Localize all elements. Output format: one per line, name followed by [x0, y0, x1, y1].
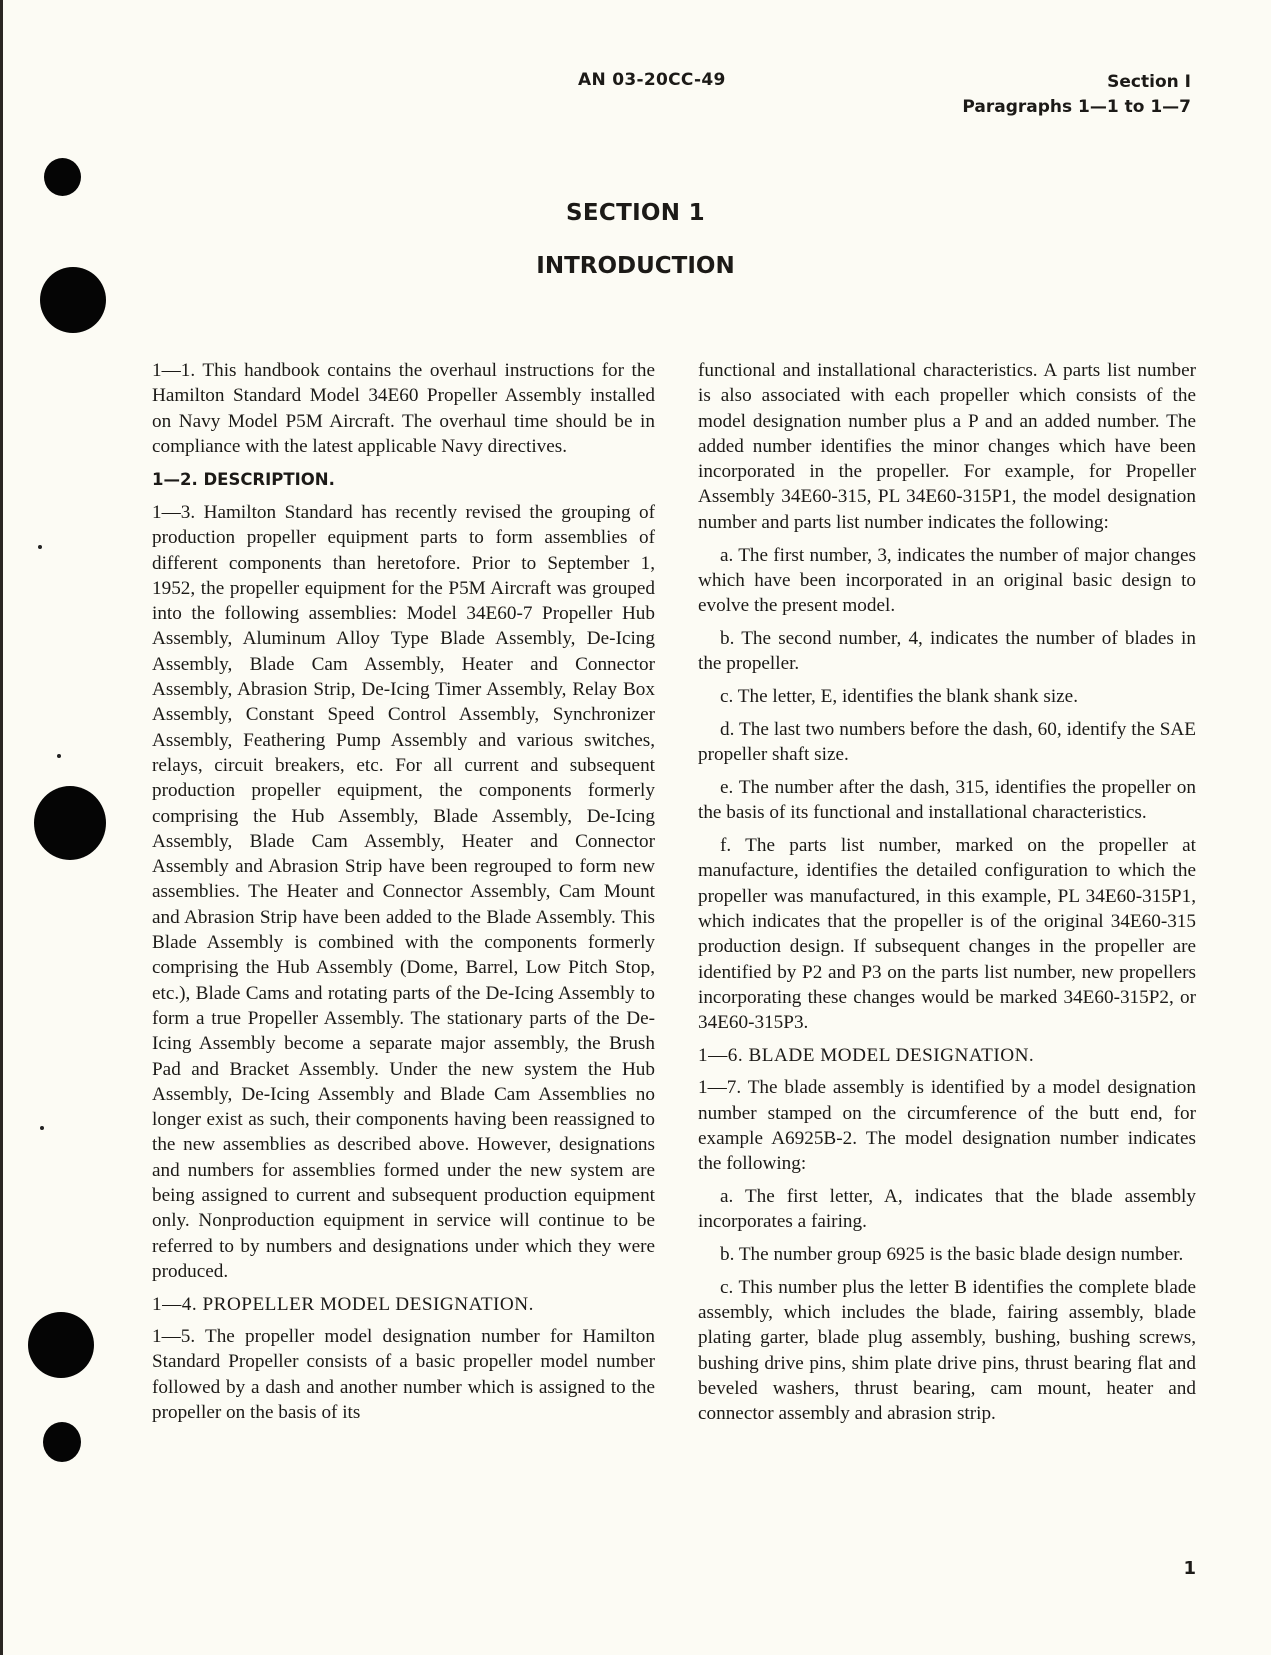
page-scan-edge	[0, 0, 3, 1655]
scan-speck	[57, 754, 61, 758]
list-item-propeller-c: c. The letter, E, identifies the blank s…	[698, 684, 1196, 709]
paragraph-1-3: 1—3. Hamilton Standard has recently revi…	[152, 500, 655, 1284]
binder-hole-3	[34, 786, 106, 860]
paragraphs-range: Paragraphs 1—1 to 1—7	[962, 95, 1191, 120]
binder-hole-5	[43, 1422, 81, 1462]
list-item-propeller-f: f. The parts list number, marked on the …	[698, 833, 1196, 1035]
left-column: 1—1. This handbook contains the overhaul…	[152, 358, 655, 1433]
scan-speck	[38, 545, 42, 549]
scan-speck	[40, 1126, 44, 1130]
document-number: AN 03-20CC-49	[578, 70, 726, 90]
list-item-blade-c: c. This number plus the letter B identif…	[698, 1275, 1196, 1427]
heading-description: 1—2. DESCRIPTION.	[152, 467, 655, 492]
right-column: functional and installational characteri…	[698, 358, 1196, 1434]
page-header-right: Section I Paragraphs 1—1 to 1—7	[962, 70, 1191, 120]
paragraph-1-7: 1—7. The blade assembly is identified by…	[698, 1075, 1196, 1176]
list-item-blade-a: a. The first letter, A, indicates that t…	[698, 1184, 1196, 1235]
paragraph-1-1: 1—1. This handbook contains the overhaul…	[152, 358, 655, 459]
section-subtitle: INTRODUCTION	[0, 253, 1271, 279]
binder-hole-4	[28, 1312, 94, 1378]
list-item-propeller-b: b. The second number, 4, indicates the n…	[698, 626, 1196, 677]
list-item-propeller-d: d. The last two numbers before the dash,…	[698, 717, 1196, 768]
list-item-propeller-e: e. The number after the dash, 315, ident…	[698, 775, 1196, 826]
section-title: SECTION 1	[0, 200, 1271, 226]
binder-hole-1	[44, 158, 81, 196]
list-item-propeller-a: a. The first number, 3, indicates the nu…	[698, 543, 1196, 619]
heading-blade-model-designation: 1—6. BLADE MODEL DESIGNATION.	[698, 1043, 1196, 1068]
list-item-blade-b: b. The number group 6925 is the basic bl…	[698, 1242, 1196, 1267]
paragraph-1-5-continued: functional and installational characteri…	[698, 358, 1196, 535]
heading-propeller-model-designation: 1—4. PROPELLER MODEL DESIGNATION.	[152, 1292, 655, 1317]
section-label: Section I	[962, 70, 1191, 95]
page-number: 1	[1183, 1558, 1196, 1579]
paragraph-1-5: 1—5. The propeller model designation num…	[152, 1324, 655, 1425]
